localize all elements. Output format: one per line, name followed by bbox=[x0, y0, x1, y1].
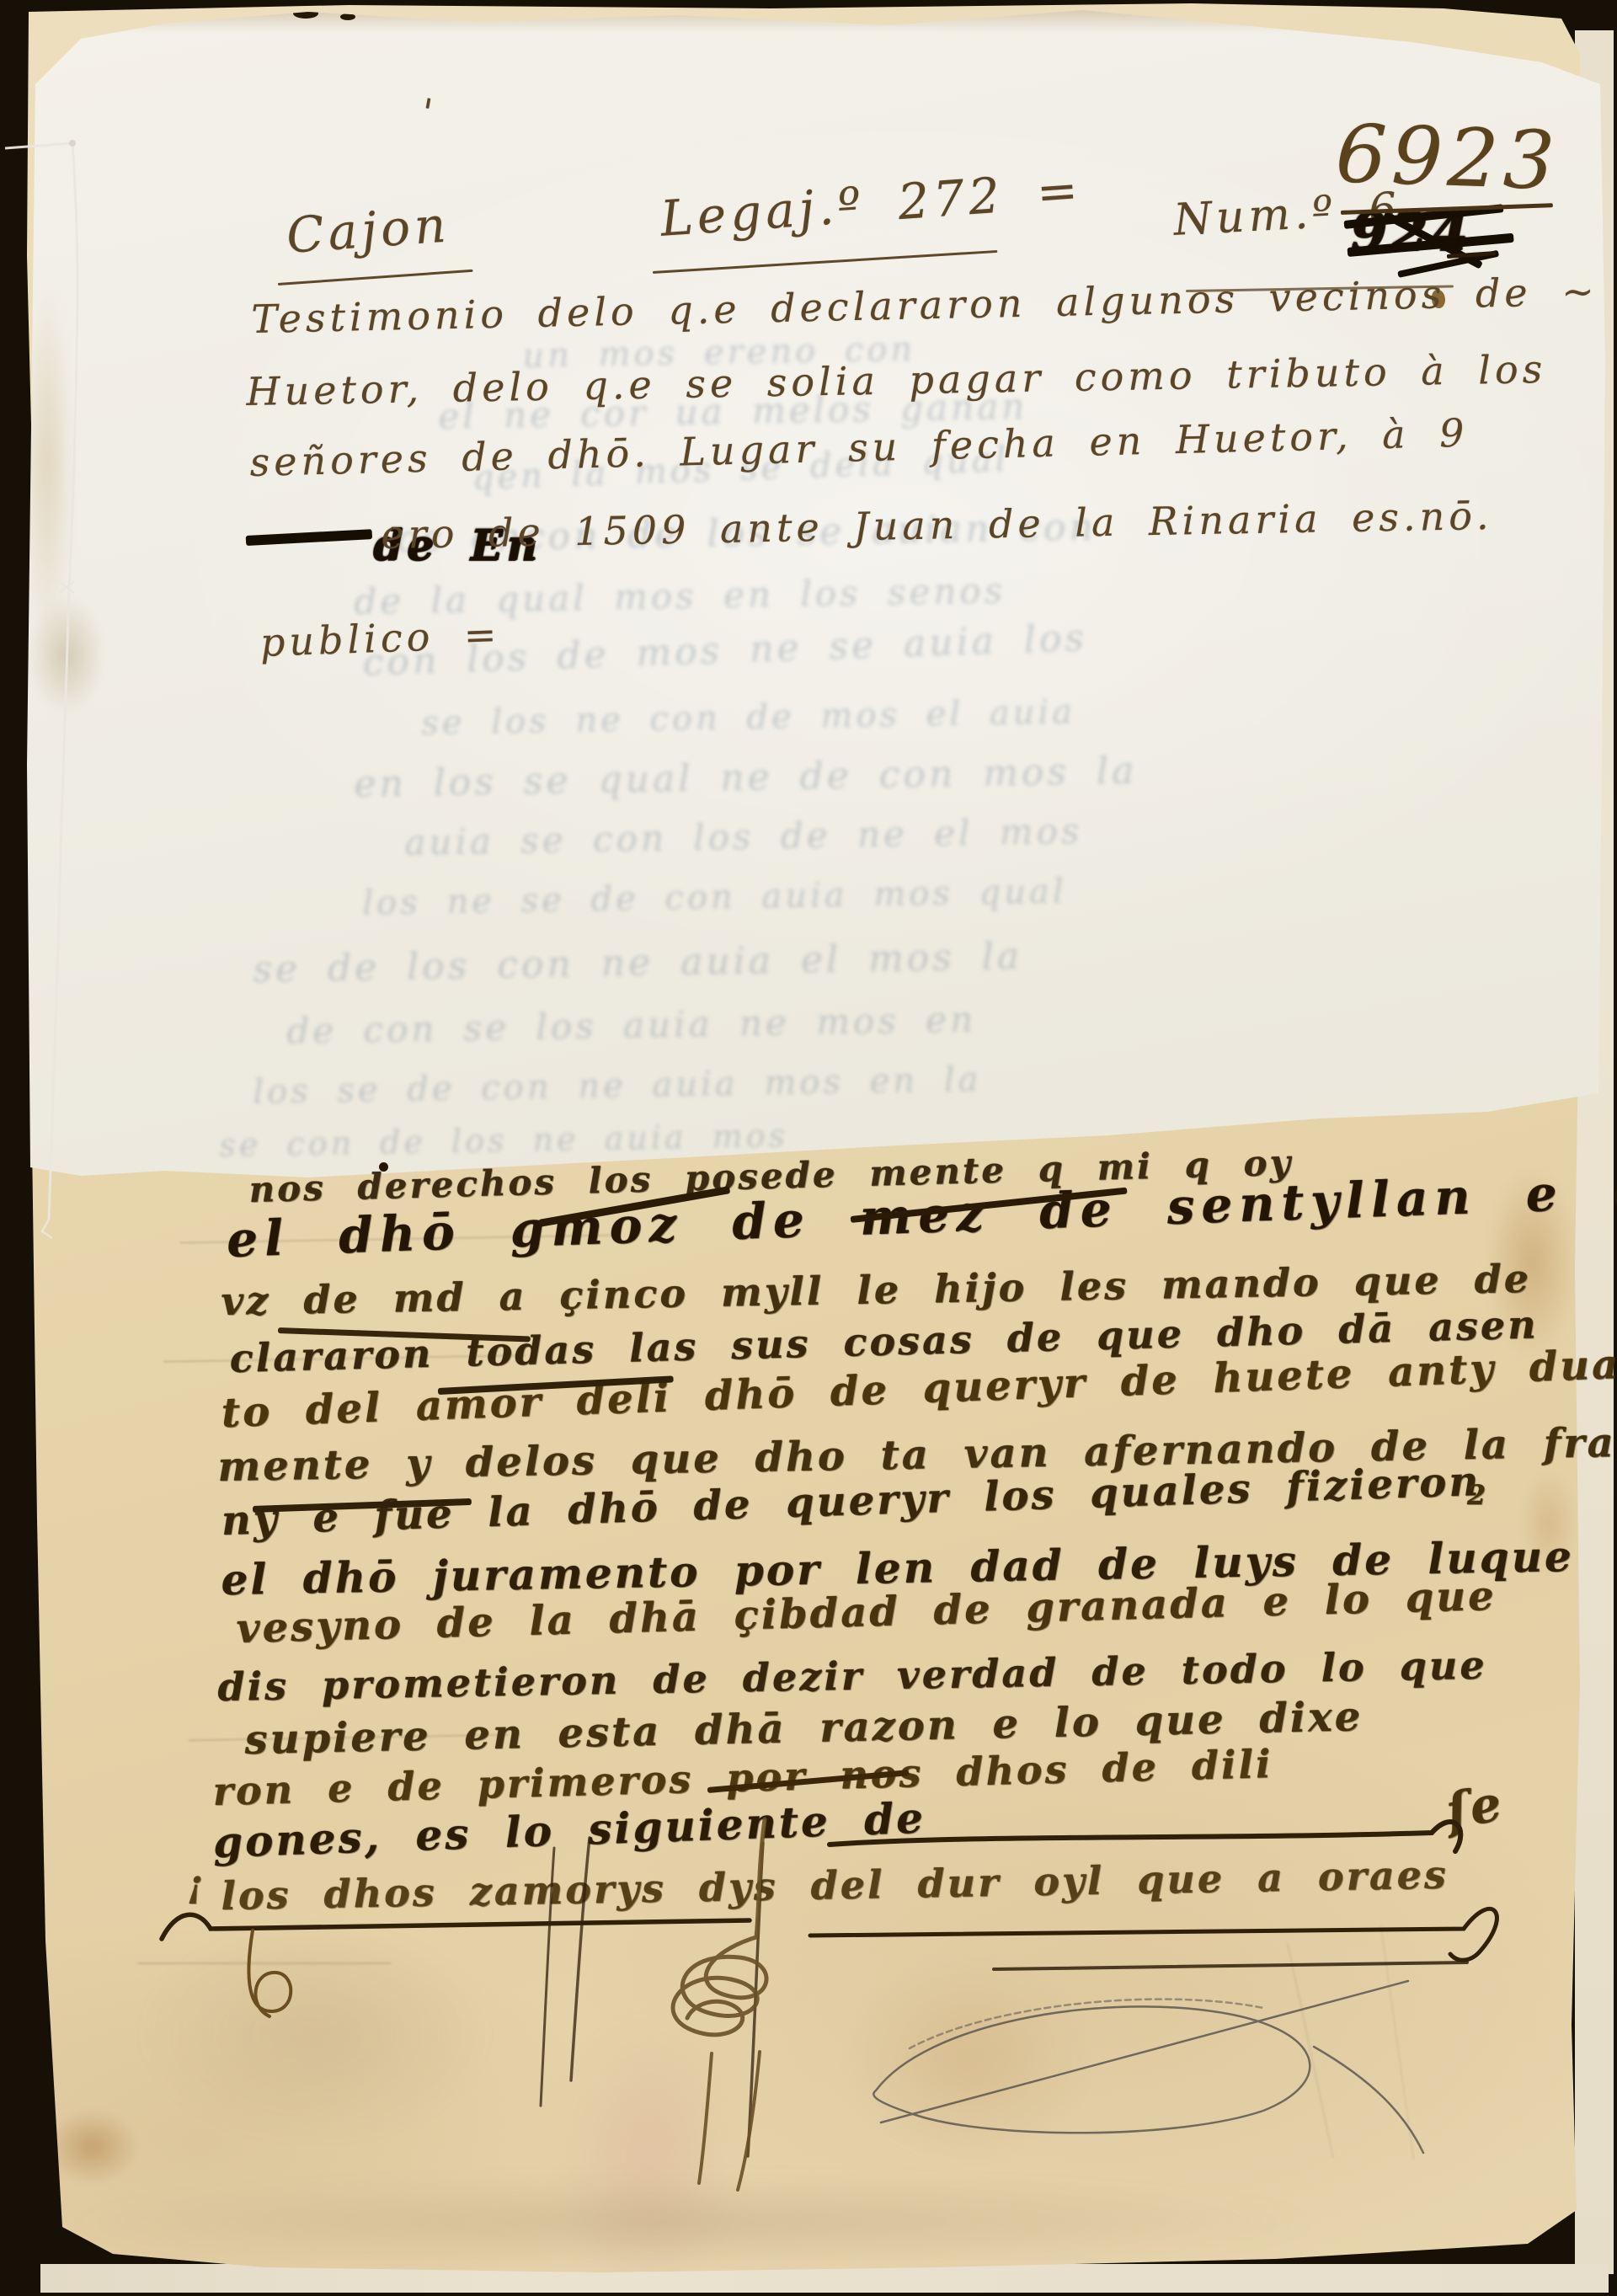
flourish-line-after-siguiente bbox=[830, 1822, 1460, 1851]
pencil-scribble bbox=[873, 1981, 1423, 2153]
flourish-line-right bbox=[810, 1909, 1497, 1969]
manuscript-scan: un mos ereno con el ne cor ua melos gana… bbox=[0, 0, 1617, 2296]
flourish-and-signature-layer bbox=[0, 0, 1617, 2296]
notary-rubric bbox=[673, 1819, 766, 2190]
loop-flourish-under-line bbox=[248, 1930, 291, 2016]
flourish-line-left bbox=[162, 1914, 750, 1939]
